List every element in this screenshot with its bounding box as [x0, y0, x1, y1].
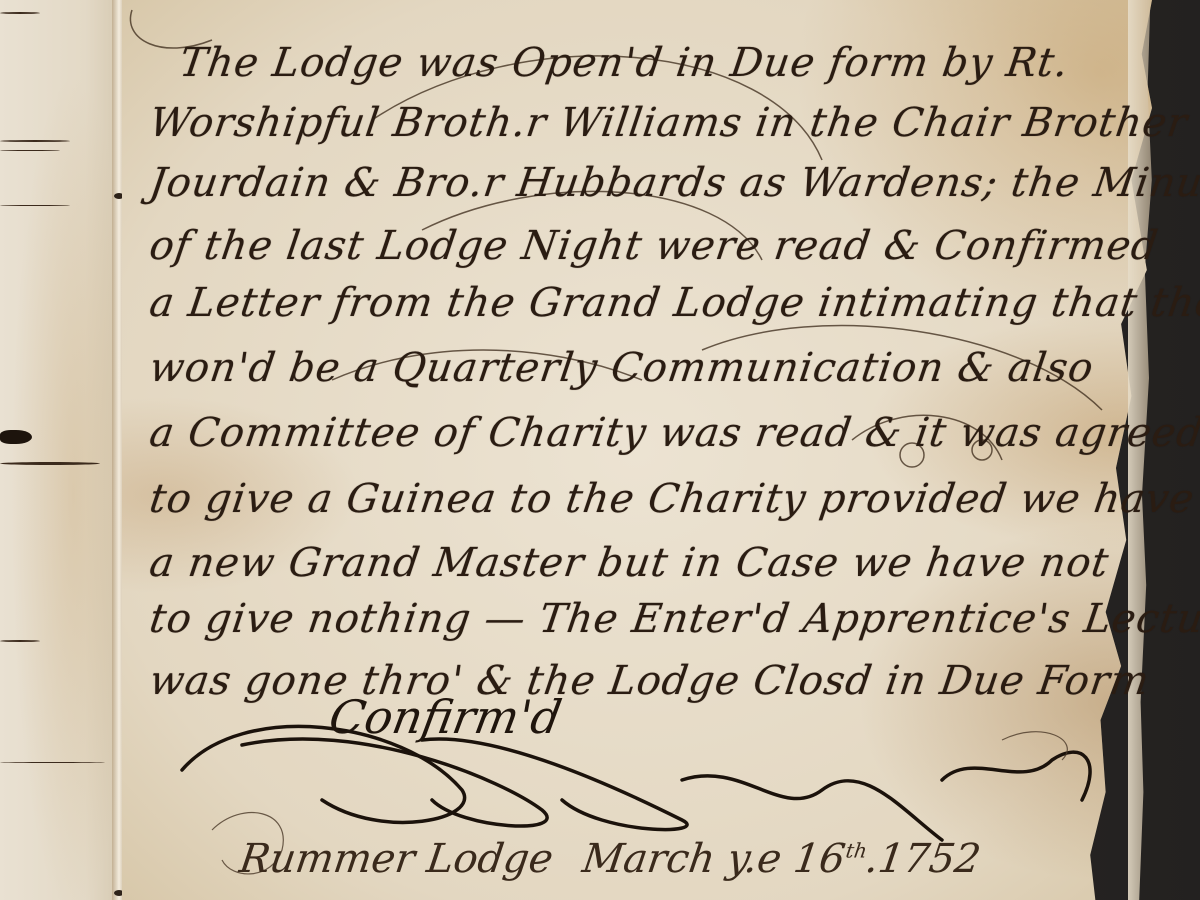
- ink-blot: [0, 430, 32, 444]
- manuscript-line: a Letter from the Grand Lodge intimating…: [147, 280, 1200, 326]
- year-text: 1752: [875, 836, 983, 882]
- lodge-name: Rummer Lodge: [237, 836, 556, 882]
- footer-date-line: Rummer LodgeMarch y.e 16th.1752: [237, 836, 984, 882]
- ink-fragment: [0, 12, 40, 14]
- facing-page-left: [0, 0, 122, 900]
- manuscript-line: Worshipful Broth.r Williams in the Chair…: [147, 100, 1191, 146]
- confirmation-mark: Confirm'd: [325, 690, 565, 744]
- date-ordinal: th: [844, 839, 868, 863]
- manuscript-line: won'd be a Quarterly Communication & als…: [147, 345, 1097, 391]
- manuscript-line: The Lodge was Open'd in Due form by Rt.: [177, 40, 1072, 86]
- manuscript-line: to give nothing — The Enter'd Apprentice…: [147, 596, 1200, 642]
- ink-fragment: [0, 762, 105, 763]
- manuscript-line: Jourdain & Bro.r Hubbards as Wardens; th…: [147, 160, 1200, 206]
- ink-fragment: [0, 640, 40, 642]
- manuscript-line: was gone thro' & the Lodge Closd in Due …: [147, 658, 1153, 704]
- ink-fragment: [0, 140, 70, 142]
- manuscript-line: a Committee of Charity was read & it was…: [147, 410, 1200, 456]
- ink-fragment: [0, 150, 60, 151]
- ink-fragment: [0, 205, 70, 206]
- manuscript-line: of the last Lodge Night were read & Conf…: [147, 223, 1162, 269]
- manuscript-line: a new Grand Master but in Case we have n…: [147, 540, 1112, 586]
- ink-fragment: [0, 462, 100, 465]
- manuscript-line: to give a Guinea to the Charity provided…: [147, 476, 1198, 522]
- date-text: March y.e 16: [580, 836, 849, 882]
